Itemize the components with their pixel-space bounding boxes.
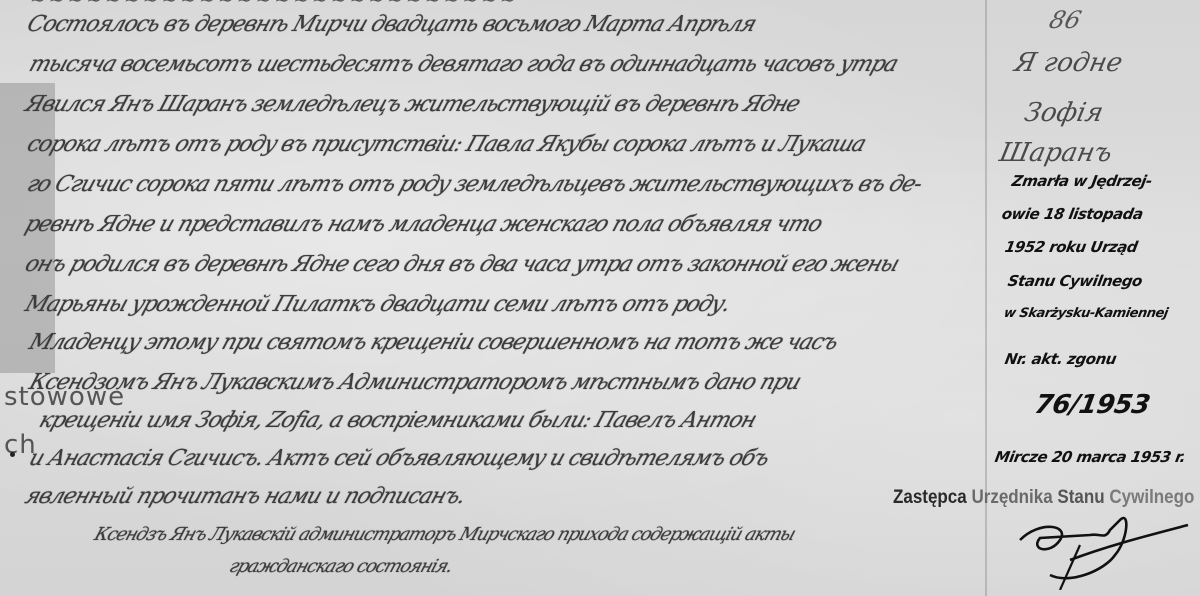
- body-line-4: сорока лѣтъ отъ роду въ присутствіи: Пав…: [24, 132, 868, 157]
- scanned-page: ~ ~ ~ ~ ~ ~ ~ ~ ~ ~ ~ ~ ~ ~ ~ ~ ~ ~ ~ ~ …: [0, 0, 1200, 596]
- body-line-8: Марьяны урожденной Пилаткъ двадцати семи…: [22, 292, 733, 317]
- annotation-line-5: w Skarżysku-Kamiennej: [1003, 306, 1169, 321]
- overlay-text-2: ch: [4, 430, 37, 460]
- body-line-2: тысяча восемьсотъ шестьдесятъ девятаго г…: [26, 52, 901, 77]
- margin-name-line-1: Я годне: [1012, 48, 1125, 78]
- annotation-line-1: Zmarła w Jędrzej-: [1010, 172, 1153, 190]
- body-line-9: Младенцу этому при святомъ крещеніи сове…: [26, 330, 841, 355]
- annotation-line-4: Stanu Cywilnego: [1006, 272, 1143, 290]
- body-line-13: явленный прочитанъ нами и подписанъ.: [22, 484, 468, 509]
- annotation-line-3: 1952 roku Urząd: [1003, 238, 1138, 256]
- body-line-1: Состоялось въ деревнѣ Мирчи двадцать вос…: [24, 12, 759, 37]
- body-line-5: го Сгичис сорока пяти лѣтъ отъ роду земл…: [24, 172, 925, 197]
- cut-off-top-line: ~ ~ ~ ~ ~ ~ ~ ~ ~ ~ ~ ~ ~ ~ ~ ~ ~ ~ ~ ~ …: [27, 0, 518, 11]
- signature: [1010, 500, 1190, 590]
- closing-line-2: гражданскаго состоянія.: [227, 556, 455, 577]
- closing-line-1: Ксендзъ Янъ Лукавскій администраторъ Мир…: [92, 524, 798, 545]
- body-line-12: и Анастасія Сгичисъ. Актъ сей объявляюще…: [26, 446, 772, 471]
- record-number: 76/1953: [1032, 390, 1152, 420]
- overlay-dot: [10, 452, 15, 457]
- body-line-10: Ксендзомъ Янъ Лукавскимъ Администратором…: [26, 370, 804, 395]
- body-line-3: Явился Янъ Шаранъ земледѣлецъ жительству…: [22, 92, 803, 117]
- overlay-text-1: stowowe: [4, 382, 125, 412]
- page-number: 86: [1046, 6, 1084, 34]
- annotation-date: Mircze 20 marca 1953 r.: [993, 448, 1187, 466]
- annotation-line-2: owie 18 listopada: [1000, 205, 1144, 223]
- annotation-line-6: Nr. akt. zgonu: [1003, 350, 1117, 368]
- margin-name-line-2: Зофія: [1022, 98, 1106, 128]
- body-line-11: крещеніи имя Зофія, Zofia, а воспріемник…: [36, 408, 759, 433]
- margin-name-line-3: Шаранъ: [997, 138, 1115, 168]
- body-line-7: онъ родился въ деревнѣ Ядне сего дня въ …: [22, 252, 902, 277]
- body-line-6: ревнѣ Ядне и представилъ намъ младенца ж…: [22, 212, 825, 237]
- stamp-word-1: Zastępca: [893, 486, 967, 508]
